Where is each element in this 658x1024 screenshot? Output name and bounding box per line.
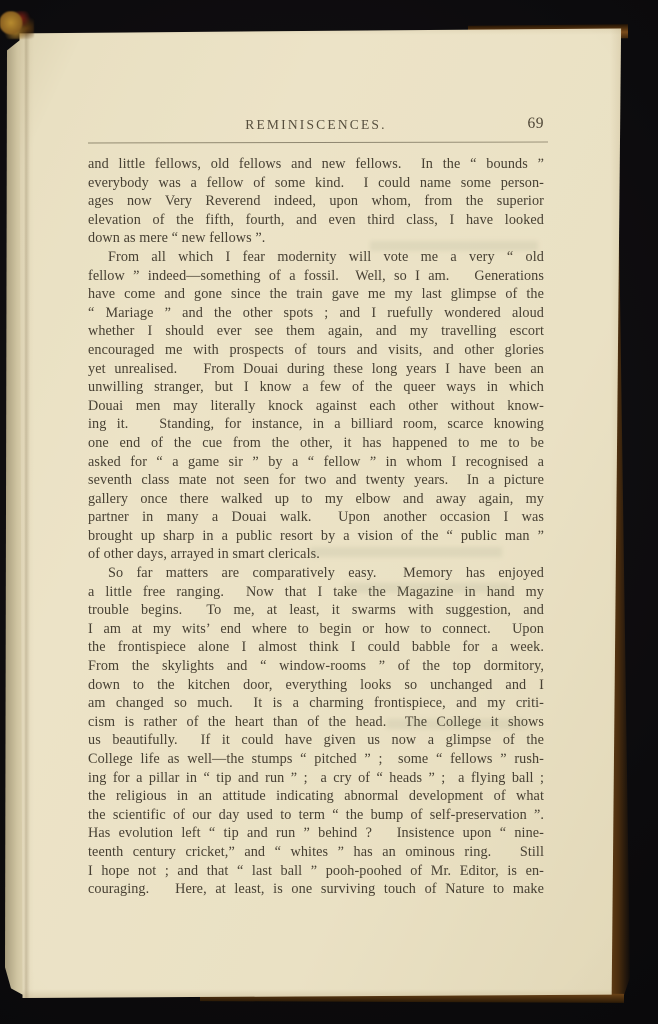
text-line: teenth century cricket,” and “ whites ” … — [88, 843, 544, 862]
text-line: am changed so much. It is a charming fro… — [88, 694, 544, 713]
text-line: elevation of the fifth, fourth, and even… — [88, 211, 544, 230]
text-line: us beautifully. If it could have given u… — [88, 731, 544, 750]
page-content: REMINISCENCES. 69 and little fellows, ol… — [14, 27, 622, 899]
header-rule — [88, 142, 548, 144]
text-line: the religious in an attitude indicating … — [88, 787, 544, 806]
text-line: one end of the cue from the other, it ha… — [88, 434, 544, 453]
paragraph: and little fellows, old fellows and new … — [88, 155, 544, 248]
text-line: ages now Very Reverend indeed, upon whom… — [88, 192, 544, 211]
text-line: brought up sharp in a public resort by a… — [88, 527, 544, 546]
text-line: encouraged me with prospects of tours an… — [88, 341, 544, 360]
text-line: cism is rather of the heart than of the … — [88, 713, 544, 732]
text-line: unwilling stranger, but I know a few of … — [88, 378, 544, 397]
running-header: REMINISCENCES. 69 — [88, 117, 544, 133]
text-block: and little fellows, old fellows and new … — [88, 155, 544, 899]
text-line: asked for “ a game sir ” by a “ fellow ”… — [88, 453, 544, 472]
paragraph: From all which I fear modernity will vot… — [88, 248, 544, 564]
text-line: the scientific of our day used to term “… — [88, 806, 544, 825]
text-line: the frontispiece alone I almost think I … — [88, 638, 544, 657]
text-line: partner in many a Douai walk. Upon anoth… — [88, 508, 544, 527]
text-line: trouble begins. To me, at least, it swar… — [88, 601, 544, 620]
text-line: a little free ranging. Now that I take t… — [88, 583, 544, 602]
text-line: down to the kitchen door, everything loo… — [88, 676, 544, 695]
book-page: REMINISCENCES. 69 and little fellows, ol… — [14, 27, 622, 999]
text-line: have come and gone since the train gave … — [88, 285, 544, 304]
text-line: ing it. Standing, for instance, in a bil… — [88, 415, 544, 434]
text-line: I am at my wits’ end where to begin or h… — [88, 620, 544, 639]
text-line: whether I should ever see them again, an… — [88, 322, 544, 341]
text-line: fellow ” indeed—something of a fossil. W… — [88, 267, 544, 286]
text-line: gallery once there walked up to my elbow… — [88, 490, 544, 509]
text-line: and little fellows, old fellows and new … — [88, 155, 544, 174]
text-line: From the skylights and “ window-rooms ” … — [88, 657, 544, 676]
text-line: yet unrealised. From Douai during these … — [88, 360, 544, 379]
text-line: couraging. Here, at least, is one surviv… — [88, 880, 544, 899]
headband-fragment — [0, 11, 34, 39]
text-line: “ Mariage ” and the other spots ; and I … — [88, 304, 544, 323]
text-line: From all which I fear modernity will vot… — [88, 248, 544, 267]
text-line: of other days, arrayed in smart clerical… — [88, 545, 544, 564]
photo-background: REMINISCENCES. 69 and little fellows, ol… — [0, 0, 658, 1024]
text-line: down as mere “ new fellows ”. — [88, 229, 544, 248]
text-line: ing for a pillar in “ tip and run ” ; a … — [88, 769, 544, 788]
text-line: I hope not ; and that “ last ball ” pooh… — [88, 862, 544, 881]
text-line: Douai men may literally knock against ea… — [88, 397, 544, 416]
text-line: So far matters are comparatively easy. M… — [88, 564, 544, 583]
text-line: Has evolution left “ tip and run ” behin… — [88, 824, 544, 843]
page-number: 69 — [528, 115, 545, 133]
paragraph: So far matters are comparatively easy. M… — [88, 564, 544, 899]
text-line: College life as well—the stumps “ pitche… — [88, 750, 544, 769]
page-header-title: REMINISCENCES. — [245, 117, 386, 132]
text-line: everybody was a fellow of some kind. I c… — [88, 174, 544, 193]
text-line: seventh class mate not seen for two and … — [88, 471, 544, 490]
